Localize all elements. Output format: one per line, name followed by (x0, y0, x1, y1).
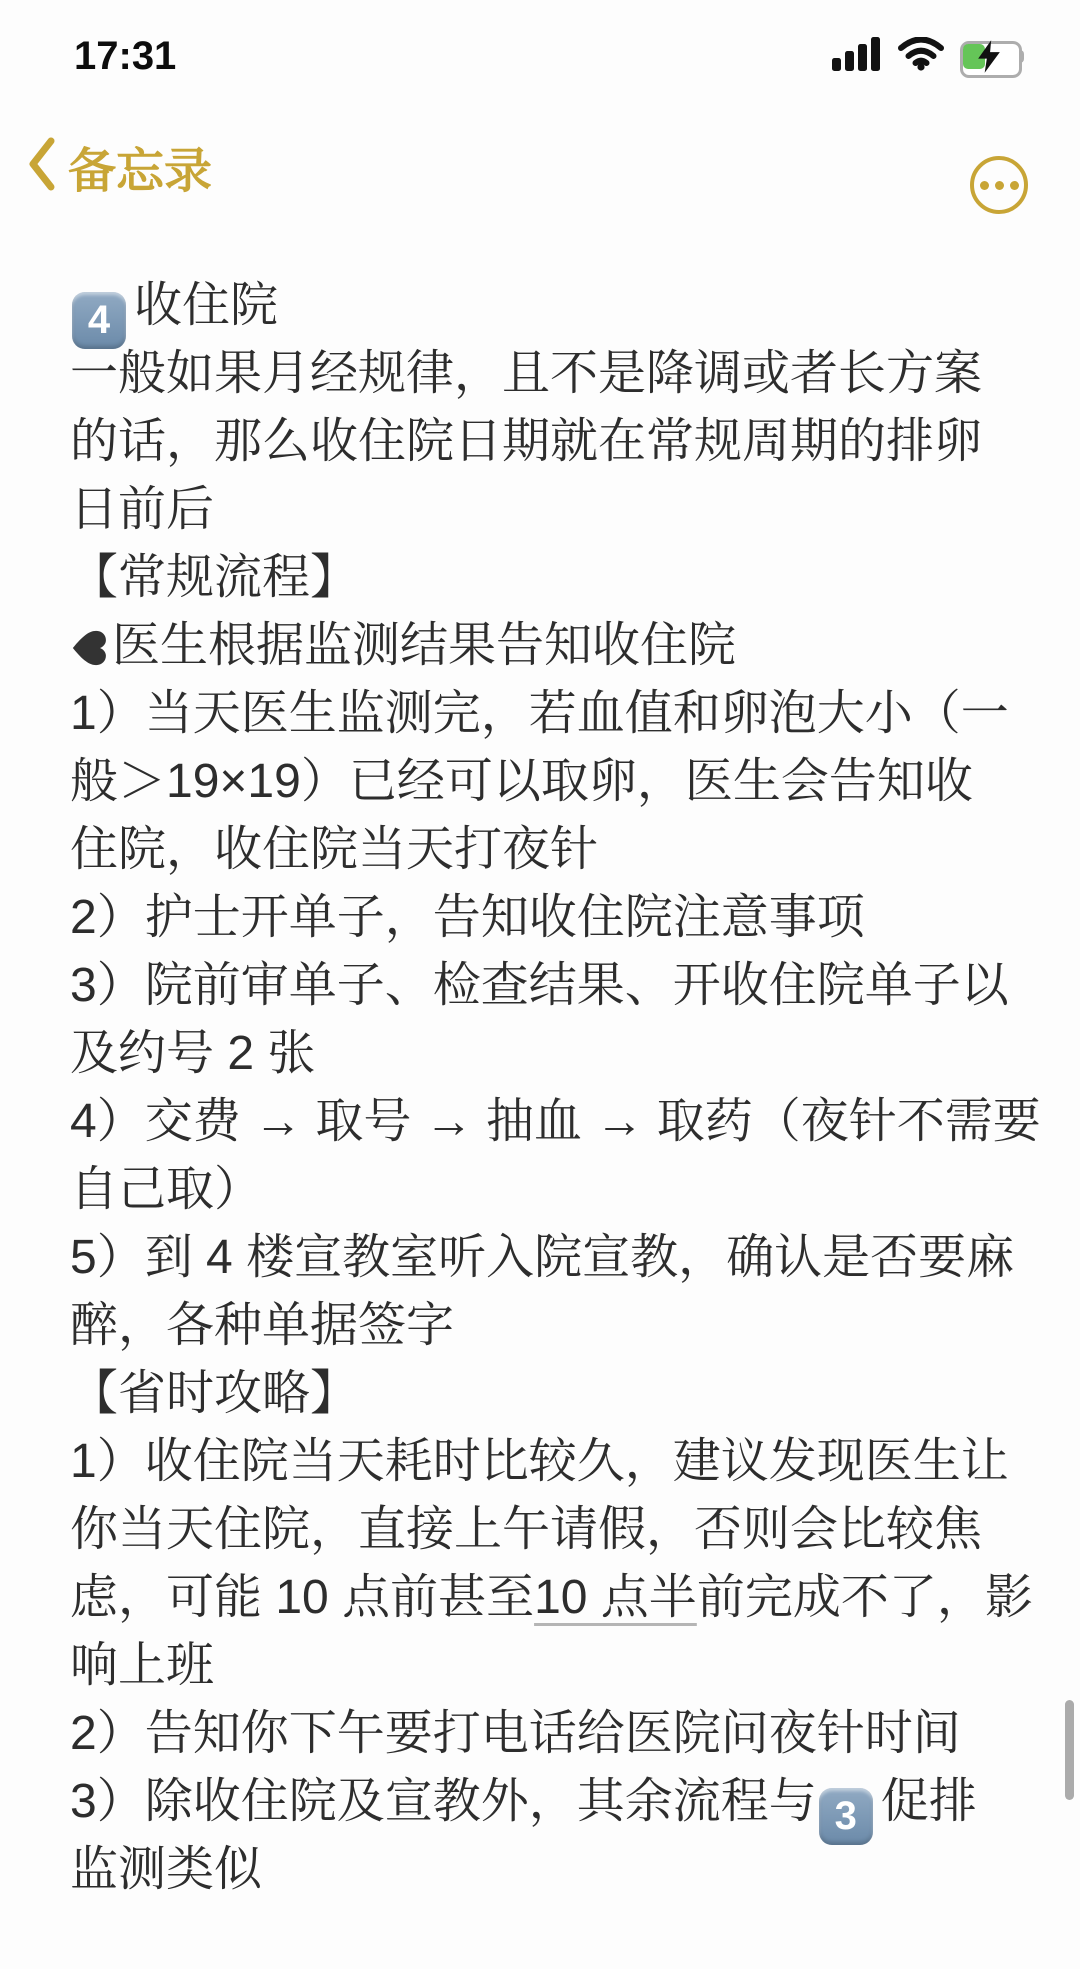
note-text: 日前后 (70, 483, 214, 536)
keycap-3-emoji: 3 (819, 1788, 873, 1845)
note-text: 响上班 (70, 1639, 214, 1692)
note-line: 的话，那么收住院日期就在常规周期的排卵 (70, 408, 1034, 476)
note-text: 住院，收住院当天打夜针 (70, 823, 598, 876)
notes-app-screen: 17:31 (0, 0, 1080, 1969)
status-icons (832, 36, 1024, 76)
charging-bolt-icon (976, 40, 1002, 78)
wifi-icon (898, 37, 944, 76)
back-button[interactable]: 备忘录 (26, 132, 212, 201)
note-line: 5）到 4 楼宣教室听入院宣教，确认是否要麻 (70, 1224, 1034, 1292)
note-text: 5）到 4 楼宣教室听入院宣教，确认是否要麻 (70, 1231, 1014, 1284)
note-text: 虑，可能 10 点前甚至 (70, 1571, 534, 1624)
note-text: 医生根据监测结果告知收住院 (112, 619, 736, 672)
note-line: 虑，可能 10 点前甚至10 点半前完成不了，影 (70, 1564, 1034, 1632)
note-line: 【常规流程】 (70, 544, 1034, 612)
note-text: 前完成不了，影 (697, 1571, 1033, 1624)
note-text: 监测类似 (70, 1843, 262, 1896)
note-text: 自己取） (70, 1163, 262, 1216)
note-text: 【常规流程】 (70, 551, 358, 604)
note-line: 4收住院 (70, 272, 1034, 340)
note-text: 【省时攻略】 (70, 1367, 358, 1420)
heart-arrow-bullet-icon (70, 618, 108, 686)
note-text: 3）除收住院及宣教外，其余流程与 (70, 1775, 817, 1828)
note-text: 促排 (881, 1775, 977, 1828)
note-line: 住院，收住院当天打夜针 (70, 816, 1034, 884)
note-text: 的话，那么收住院日期就在常规周期的排卵 (70, 415, 982, 468)
back-label: 备忘录 (68, 132, 212, 201)
note-text: 3）院前审单子、检查结果、开收住院单子以 (70, 959, 1009, 1012)
note-line: 2）告知你下午要打电话给医院问夜针时间 (70, 1700, 1034, 1768)
note-text: 你当天住院，直接上午请假，否则会比较焦 (70, 1503, 982, 1556)
note-text: 2）告知你下午要打电话给医院问夜针时间 (70, 1707, 961, 1760)
more-options-button[interactable] (970, 156, 1028, 214)
note-text: 及约号 2 张 (70, 1027, 315, 1080)
note-line: 1）收住院当天耗时比较久，建议发现医生让 (70, 1428, 1034, 1496)
battery-charging-icon (960, 41, 1024, 72)
note-line: 般＞19×19）已经可以取卵，医生会告知收 (70, 748, 1034, 816)
note-line: 监测类似 (70, 1836, 1034, 1904)
underlined-text: 10 点半 (534, 1571, 697, 1624)
note-text: 4）交费 → 取号 → 抽血 → 取药（夜针不需要 (70, 1095, 1041, 1148)
note-line: 3）除收住院及宣教外，其余流程与3促排 (70, 1768, 1034, 1836)
ellipsis-icon (980, 181, 989, 190)
scrollbar-thumb[interactable] (1065, 1700, 1074, 1800)
note-line: 自己取） (70, 1156, 1034, 1224)
note-body[interactable]: 4收住院一般如果月经规律，且不是降调或者长方案的话，那么收住院日期就在常规周期的… (0, 272, 1080, 1904)
note-line: 及约号 2 张 (70, 1020, 1034, 1088)
note-line: 【省时攻略】 (70, 1360, 1034, 1428)
note-text: 1）当天医生监测完，若血值和卵泡大小（一 (70, 687, 1009, 740)
status-bar: 17:31 (0, 30, 1080, 80)
note-line: 日前后 (70, 476, 1034, 544)
chevron-left-icon (26, 136, 56, 197)
note-line: 2）护士开单子，告知收住院注意事项 (70, 884, 1034, 952)
note-text: 一般如果月经规律，且不是降调或者长方案 (70, 347, 982, 400)
note-line: 醉，各种单据签字 (70, 1292, 1034, 1360)
note-text: 般＞19×19）已经可以取卵，医生会告知收 (70, 755, 973, 808)
note-line: 你当天住院，直接上午请假，否则会比较焦 (70, 1496, 1034, 1564)
note-line: 响上班 (70, 1632, 1034, 1700)
note-text: 醉，各种单据签字 (70, 1299, 454, 1352)
note-line: 3）院前审单子、检查结果、开收住院单子以 (70, 952, 1034, 1020)
note-line: 医生根据监测结果告知收住院 (70, 612, 1034, 680)
cellular-signal-icon (832, 37, 882, 76)
note-line: 一般如果月经规律，且不是降调或者长方案 (70, 340, 1034, 408)
note-line: 1）当天医生监测完，若血值和卵泡大小（一 (70, 680, 1034, 748)
note-line: 4）交费 → 取号 → 抽血 → 取药（夜针不需要 (70, 1088, 1034, 1156)
note-text: 收住院 (134, 279, 278, 332)
status-time: 17:31 (74, 34, 176, 79)
note-text: 1）收住院当天耗时比较久，建议发现医生让 (70, 1435, 1009, 1488)
note-text: 2）护士开单子，告知收住院注意事项 (70, 891, 865, 944)
